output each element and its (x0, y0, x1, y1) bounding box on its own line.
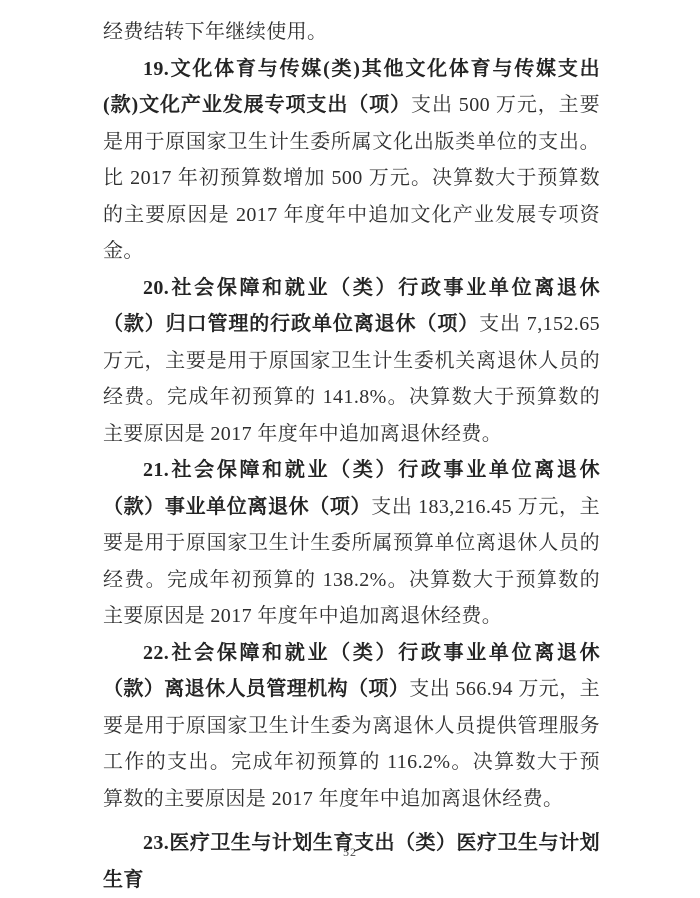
paragraph-continuation: 经费结转下年继续使用。 (103, 14, 600, 51)
paragraph-item-21: 21.社会保障和就业（类）行政事业单位离退休（款）事业单位离退休（项）支出 18… (103, 452, 600, 635)
body-text: 经费结转下年继续使用。 (103, 21, 327, 43)
paragraph-item-23: 23.医疗卫生与计划生育支出（类）医疗卫生与计划生育 (103, 825, 600, 898)
page-number: 52 (0, 845, 700, 860)
clause-body: 支出 500 万元，主要是用于原国家卫生计生委所属文化出版类单位的支出。比 20… (103, 94, 600, 262)
paragraph-item-22: 22.社会保障和就业（类）行政事业单位离退休（款）离退休人员管理机构（项）支出 … (103, 635, 600, 818)
clause-heading: 23.医疗卫生与计划生育支出（类）医疗卫生与计划生育 (103, 832, 600, 891)
paragraph-item-19: 19.文化体育与传媒(类)其他文化体育与传媒支出(款)文化产业发展专项支出（项）… (103, 51, 600, 270)
document-page: 经费结转下年继续使用。 19.文化体育与传媒(类)其他文化体育与传媒支出(款)文… (0, 0, 700, 898)
paragraph-item-20: 20.社会保障和就业（类）行政事业单位离退休（款）归口管理的行政单位离退休（项）… (103, 270, 600, 453)
